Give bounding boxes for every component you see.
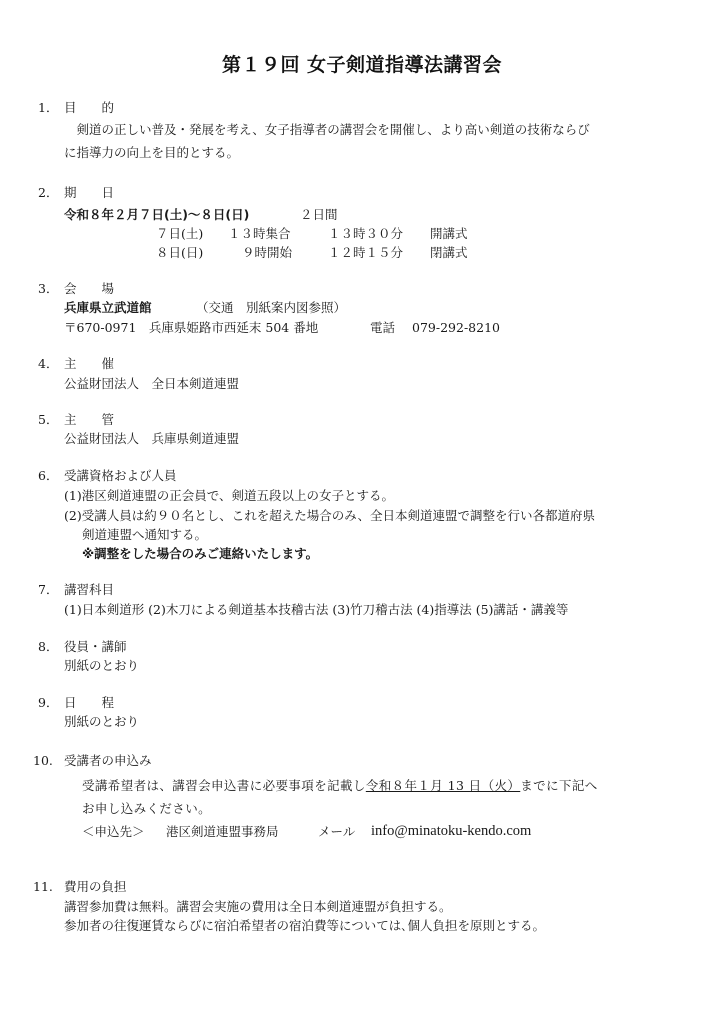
section-number: 1． [38,102,58,115]
section-number: 9． [38,697,58,710]
phone-number: 079-292-8210 [412,322,500,335]
eligibility-item-2: (2)受講人員は約９０名とし、これを超えた場合のみ、全日本剣道連盟で調整を行い各… [64,510,595,523]
day2-start: ９時開始 [242,247,292,260]
venue-name: 兵庫県立武道館 [64,302,152,315]
paragraph-line: に指導力の向上を目的とする。 [64,147,239,160]
section-heading: 主 管 [64,414,114,427]
costs-line-2: 参加者の往復運賃ならびに宿泊希望者の宿泊費等については､個人負担を原則とする。 [64,920,545,933]
section-number: 8． [38,641,58,654]
mail-label: メール [318,826,355,839]
eligibility-item-2-cont: 剣道連盟へ通知する。 [82,529,207,542]
host-name: 公益財団法人 兵庫県剣道連盟 [64,433,239,446]
schedule-body: 別紙のとおり [64,716,139,729]
application-line-2: お申し込みください。 [82,803,211,816]
event-date: 令和８年２月７日(土)～８日(日) [64,209,249,222]
section-number: 2． [38,187,58,200]
section-heading: 講習科目 [64,584,114,597]
day1-event: 開講式 [430,228,468,241]
venue-address: 〒670-0971 兵庫県姫路市西延末 504 番地 [64,322,318,335]
section-heading: 目 的 [64,102,114,115]
costs-line-1: 講習参加費は無料。講習会実施の費用は全日本剣道連盟が負担する。 [64,901,452,914]
application-deadline: 令和８年１月 13 日（火） [366,778,520,793]
day2-time: １２時１５分 [328,247,403,260]
section-number: 4． [38,358,58,371]
section-heading: 受講資格および人員 [64,470,177,483]
document-title: 第１９回 女子剣道指導法講習会 [0,56,724,75]
section-number: 6． [38,470,58,483]
contact-label: ＜申込先＞ [82,826,145,839]
section-number: 3． [38,283,58,296]
paragraph-line: 剣道の正しい普及・発展を考え、女子指導者の講習会を開催し、より高い剣道の技術なら… [64,124,590,137]
section-number: 10. [33,755,53,768]
application-text: 受講希望者は、講習会申込書に必要事項を記載し [82,778,366,793]
phone-label: 電話 [370,322,395,335]
section-heading: 期 日 [64,187,114,200]
subjects-list: (1)日本剣道形 (2)木刀による剣道基本技稽古法 (3)竹刀稽古法 (4)指導… [64,604,568,617]
section-number: 11. [33,881,53,894]
venue-access: （交通 別紙案内図参照） [196,302,346,315]
section-heading: 日 程 [64,697,114,710]
day2-event: 閉講式 [430,247,468,260]
application-line-1: 受講希望者は、講習会申込書に必要事項を記載し令和８年１月 13 日（火）までに下… [82,780,598,793]
day1-time: １３時３０分 [328,228,403,241]
section-number: 5． [38,414,58,427]
organizer-name: 公益財団法人 全日本剣道連盟 [64,378,239,391]
section-heading: 会 場 [64,283,114,296]
day2-date: ８日(日) [156,247,203,260]
eligibility-note: ※調整をした場合のみご連絡いたします。 [82,548,318,561]
event-duration: ２日間 [300,209,338,222]
section-number: 7． [38,584,58,597]
section-heading: 受講者の申込み [64,755,152,768]
section-heading: 役員・講師 [64,641,127,654]
application-text-end: までに下記へ [520,778,597,793]
section-heading: 主 催 [64,358,114,371]
day1-date: ７日(土) [156,228,203,241]
staff-body: 別紙のとおり [64,660,139,673]
email-link[interactable]: info@minatoku-kendo.com [371,824,531,839]
section-heading: 費用の負担 [64,881,127,894]
day1-gather: １３時集合 [228,228,291,241]
contact-organization: 港区剣道連盟事務局 [166,826,279,839]
eligibility-item-1: (1)港区剣道連盟の正会員で、剣道五段以上の女子とする。 [64,490,394,503]
